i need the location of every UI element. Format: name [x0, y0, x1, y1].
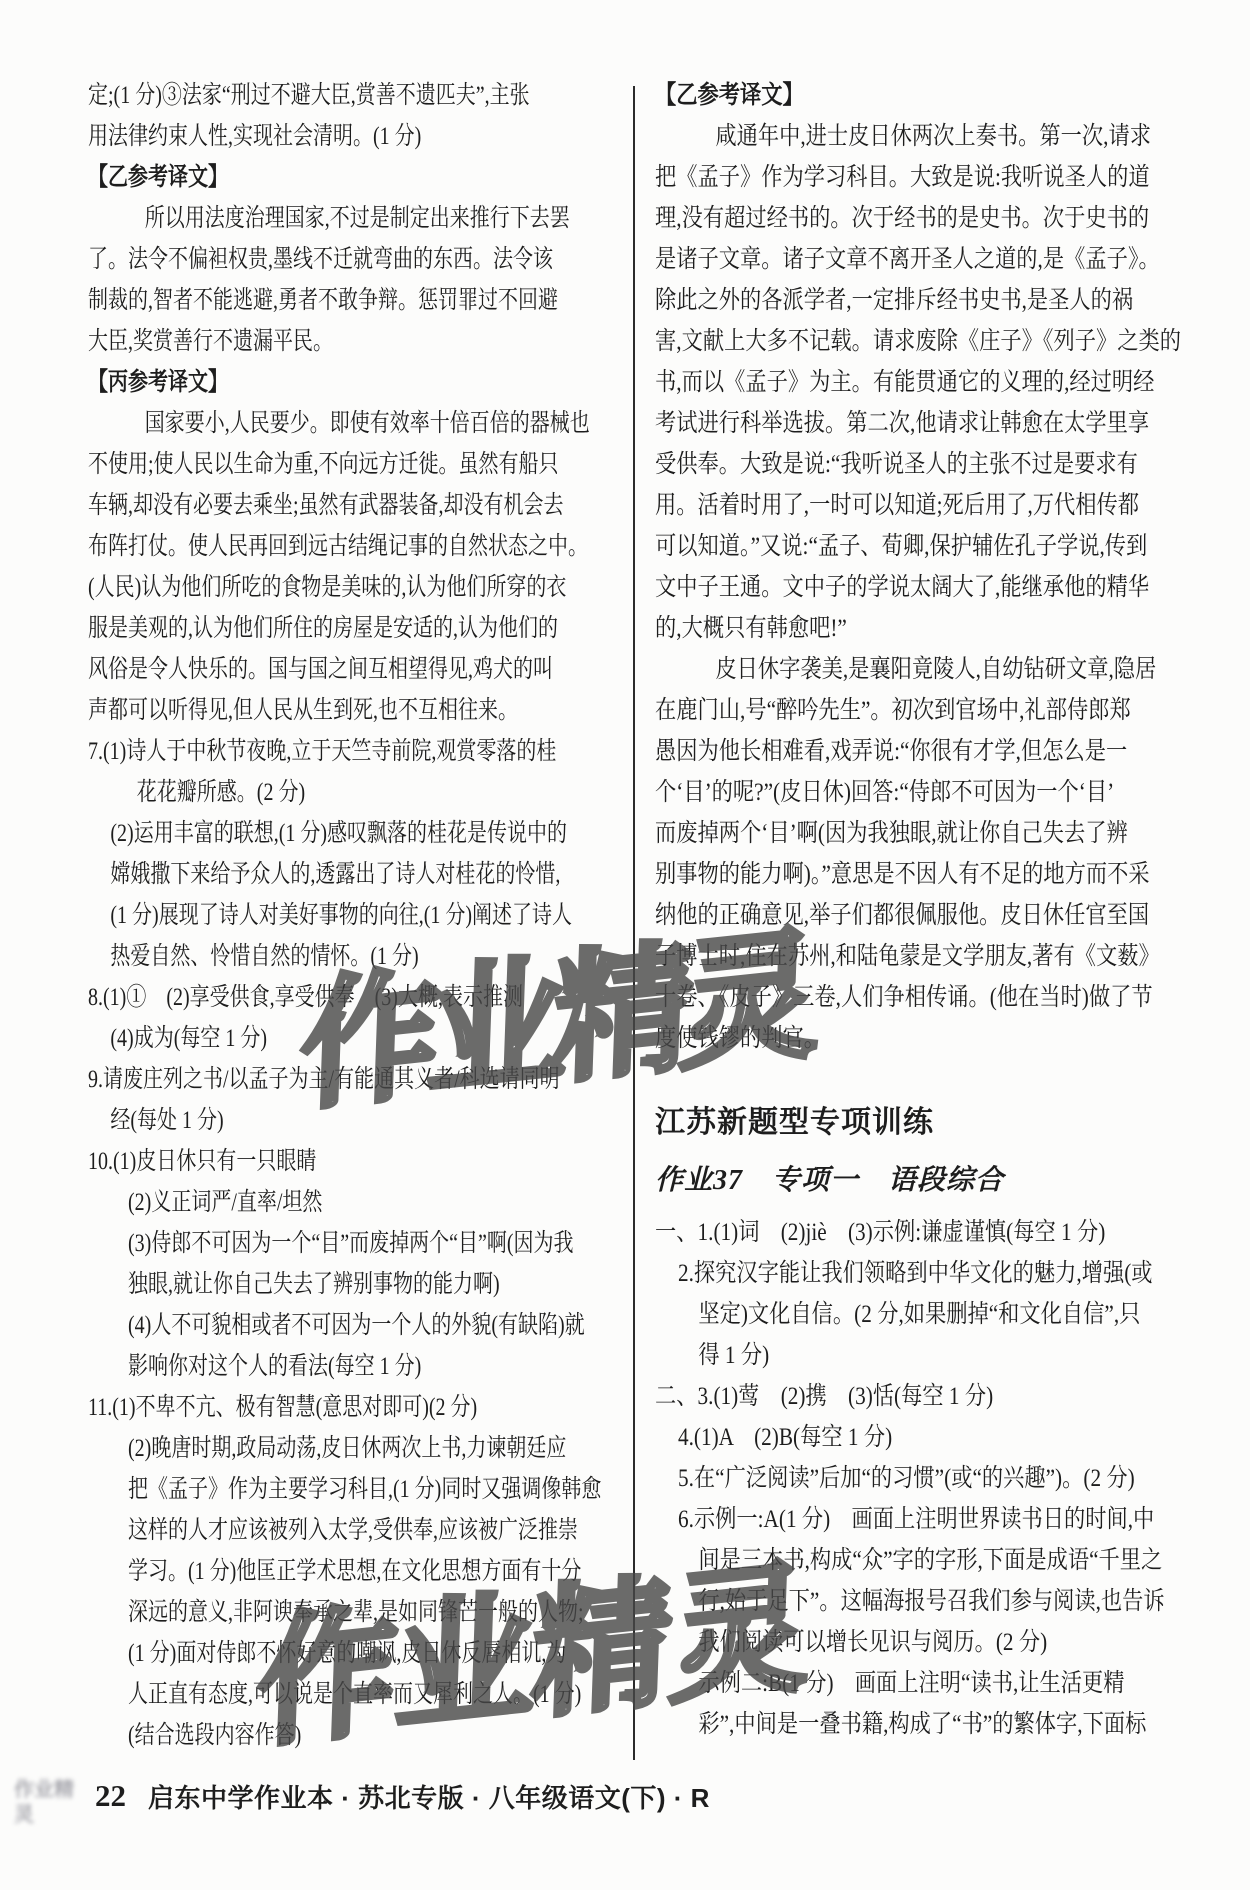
text-line: 而废掉两个‘目’啊(因为我独眼,就让你自己失去了辨: [655, 813, 1131, 854]
text-line: 彩”,中间是一叠书籍,构成了“书”的繁体字,下面标: [655, 1704, 1131, 1745]
text-line: 愚因为他长相难看,戏弄说:“你很有才学,但怎么是一: [655, 731, 1131, 772]
text-line: 是诸子文章。诸子文章不离开圣人之道的,是《孟子》。: [655, 239, 1131, 280]
text-line: 可以知道。”又说:“孟子、荀卿,保护辅佐孔子学说,传到: [655, 526, 1131, 567]
text-line: 风俗是令人快乐的。国与国之间互相望得见,鸡犬的叫: [88, 649, 524, 690]
column-divider: [633, 86, 635, 1760]
text-line: 别事物的能力啊)。”意思是不因人有不足的地方而不采: [655, 854, 1131, 895]
text-line: (1 分)面对侍郎不怀好意的嘲讽,皮日休反唇相讥,为: [88, 1633, 524, 1674]
text-line: 9.请废庄列之书/以孟子为主/有能通其义者/科选请同明: [88, 1059, 524, 1100]
footer-stamp-blur: 作业精灵: [14, 1778, 88, 1830]
right-column-answer-lines: 一、1.(1)词 (2)jiè (3)示例:谦虚谨慎(每空 1 分)2.探究汉字…: [655, 1212, 1215, 1745]
section-header: 江苏新题型专项训练: [655, 1103, 1215, 1143]
text-line: 【乙参考译文】: [655, 75, 1131, 116]
text-line: 书,而以《孟子》为主。有能贯通它的义理的,经过明经: [655, 362, 1131, 403]
text-line: (2)晚唐时期,政局动荡,皮日休两次上书,力谏朝廷应: [88, 1428, 524, 1469]
text-line: 所以用法度治理国家,不过是制定出来推行下去罢: [88, 198, 524, 239]
text-line: 用。活着时用了,一时可以知道;死后用了,万代相传都: [655, 485, 1131, 526]
text-line: 4.(1)A (2)B(每空 1 分): [655, 1417, 1131, 1458]
text-line: 受供奉。大致是说:“我听说圣人的主张不过是要求有: [655, 444, 1131, 485]
text-line: 纳他的正确意见,举子们都很佩服他。皮日休任官至国: [655, 895, 1131, 936]
text-line: 服是美观的,认为他们所住的房屋是安适的,认为他们的: [88, 608, 524, 649]
text-line: 间是三本书,构成“众”字的字形,下面是成语“千里之: [655, 1540, 1131, 1581]
text-line: 2.探究汉字能让我们领略到中华文化的魅力,增强(或: [655, 1253, 1131, 1294]
text-line: 【丙参考译文】: [88, 362, 524, 403]
text-line: 【乙参考译文】: [88, 157, 524, 198]
text-line: 国家要小,人民要少。即使有效率十倍百倍的器械也: [88, 403, 524, 444]
text-line: 制裁的,智者不能逃避,勇者不敢争辩。惩罚罪过不回避: [88, 280, 524, 321]
text-line: 我们阅读可以增长见识与阅历。(2 分): [655, 1622, 1131, 1663]
text-line: 了。法令不偏袒权贵,墨线不迁就弯曲的东西。法令该: [88, 239, 524, 280]
text-line: 文中子王通。文中子的学说太阔大了,能继承他的精华: [655, 567, 1131, 608]
text-line: (结合选段内容作答): [88, 1715, 524, 1756]
text-line: (4)人不可貌相或者不可因为一个人的外貌(有缺陷)就: [88, 1305, 524, 1346]
text-line: (4)成为(每空 1 分): [88, 1018, 524, 1059]
exercise-header: 作业37 专项一 语段综合: [655, 1160, 1215, 1202]
text-line: 的,大概只有韩愈吧!”: [655, 608, 1131, 649]
text-line: 不使用;使人民以生命为重,不向远方迁徙。虽然有船只: [88, 444, 524, 485]
text-line: 子博士时,住在苏州,和陆龟蒙是文学朋友,著有《文薮》: [655, 936, 1131, 977]
text-line: 5.在“广泛阅读”后加“的习惯”(或“的兴趣”)。(2 分): [655, 1458, 1131, 1499]
text-line: 二、3.(1)莺 (2)携 (3)恬(每空 1 分): [655, 1376, 1131, 1417]
text-line: 人正直有态度,可以说是个直率而又犀利之人。(1 分): [88, 1674, 524, 1715]
text-line: 声都可以听得见,但人民从生到死,也不互相往来。: [88, 690, 524, 731]
text-line: 理,没有超过经书的。次于经书的是史书。次于史书的: [655, 198, 1131, 239]
text-line: 11.(1)不卑不亢、极有智慧(意思对即可)(2 分): [88, 1387, 524, 1428]
right-column-translation-lines: 【乙参考译文】咸通年中,进士皮日休两次上奏书。第一次,请求把《孟子》作为学习科目…: [655, 75, 1215, 1059]
page-footer: 22 启东中学作业本 · 苏北专版 · 八年级语文(下) · R: [95, 1772, 710, 1820]
text-line: 这样的人才应该被列入太学,受供奉,应该被广泛推崇: [88, 1510, 524, 1551]
workbook-answer-page: { "watermark": { "text": "作业精灵" }, "left…: [0, 0, 1250, 1890]
text-line: 独眼,就让你自己失去了辨别事物的能力啊): [88, 1264, 524, 1305]
text-line: 10.(1)皮日休只有一只眼睛: [88, 1141, 524, 1182]
text-line: 害,文献上大多不记载。请求废除《庄子》《列子》之类的: [655, 321, 1131, 362]
text-line: 车辆,却没有必要去乘坐;虽然有武器装备,却没有机会去: [88, 485, 524, 526]
text-line: 用法律约束人性,实现社会清明。(1 分): [88, 116, 524, 157]
page-number: 22: [95, 1778, 126, 1814]
text-line: 坚定)文化自信。(2 分,如果删掉“和文化自信”,只: [655, 1294, 1131, 1335]
text-line: (2)运用丰富的联想,(1 分)感叹飘落的桂花是传说中的: [88, 813, 524, 854]
text-line: (3)侍郎不可因为一个“目”而废掉两个“目”啊(因为我: [88, 1223, 524, 1264]
text-line: 影响你对这个人的看法(每空 1 分): [88, 1346, 524, 1387]
text-line: (1 分)展现了诗人对美好事物的向往,(1 分)阐述了诗人: [88, 895, 524, 936]
text-line: 7.(1)诗人于中秋节夜晚,立于天竺寺前院,观赏零落的桂: [88, 731, 524, 772]
text-line: 咸通年中,进士皮日休两次上奏书。第一次,请求: [655, 116, 1131, 157]
text-line: 得 1 分): [655, 1335, 1131, 1376]
text-line: 度使钱镠的判官。: [655, 1018, 1131, 1059]
text-line: 个‘目’的呢?”(皮日休)回答:“侍郎不可因为一个‘目’: [655, 772, 1131, 813]
text-line: 皮日休字袭美,是襄阳竟陵人,自幼钻研文章,隐居: [655, 649, 1131, 690]
right-column: 【乙参考译文】咸通年中,进士皮日休两次上奏书。第一次,请求把《孟子》作为学习科目…: [655, 75, 1215, 1745]
text-line: 除此之外的各派学者,一定排斥经书史书,是圣人的祸: [655, 280, 1131, 321]
text-line: 把《孟子》作为主要学习科目,(1 分)同时又强调像韩愈: [88, 1469, 524, 1510]
text-line: 花花瓣所感。(2 分): [88, 772, 524, 813]
text-line: 考试进行科举选拔。第二次,他请求让韩愈在太学里享: [655, 403, 1131, 444]
text-line: 在鹿门山,号“醉吟先生”。初次到官场中,礼部侍郎郑: [655, 690, 1131, 731]
text-line: 十卷、《皮子》三卷,人们争相传诵。(他在当时)做了节: [655, 977, 1131, 1018]
text-line: 6.示例一:A(1 分) 画面上注明世界读书日的时间,中: [655, 1499, 1131, 1540]
text-line: 把《孟子》作为学习科目。大致是说:我听说圣人的道: [655, 157, 1131, 198]
text-line: 定;(1 分)③法家“刑过不避大臣,赏善不遗匹夫”,主张: [88, 75, 524, 116]
text-line: 嫦娥撒下来给予众人的,透露出了诗人对桂花的怜惜,: [88, 854, 524, 895]
text-line: 学习。(1 分)他匡正学术思想,在文化思想方面有十分: [88, 1551, 524, 1592]
text-line: 热爱自然、怜惜自然的情怀。(1 分): [88, 936, 524, 977]
text-line: 行,始于足下”。这幅海报号召我们参与阅读,也告诉: [655, 1581, 1131, 1622]
text-line: 深远的意义,非阿谀奉承之辈,是如同锋芒一般的人物;: [88, 1592, 524, 1633]
text-line: 8.(1)① (2)享受供食,享受供奉 (3)大概,表示推测: [88, 977, 524, 1018]
footer-book-title: 启东中学作业本 · 苏北专版 · 八年级语文(下) · R: [148, 1778, 710, 1815]
text-line: 示例二:B(1 分) 画面上注明“读书,让生活更精: [655, 1663, 1131, 1704]
text-line: 一、1.(1)词 (2)jiè (3)示例:谦虚谨慎(每空 1 分): [655, 1212, 1131, 1253]
left-column: 定;(1 分)③法家“刑过不避大臣,赏善不遗匹夫”,主张用法律约束人性,实现社会…: [88, 75, 633, 1756]
text-line: 经(每处 1 分): [88, 1100, 524, 1141]
text-line: (人民)认为他们所吃的食物是美味的,认为他们所穿的衣: [88, 567, 524, 608]
text-line: 大臣,奖赏善行不遗漏平民。: [88, 321, 524, 362]
text-line: 布阵打仗。使人民再回到远古结绳记事的自然状态之中。: [88, 526, 524, 567]
text-line: (2)义正词严/直率/坦然: [88, 1182, 524, 1223]
